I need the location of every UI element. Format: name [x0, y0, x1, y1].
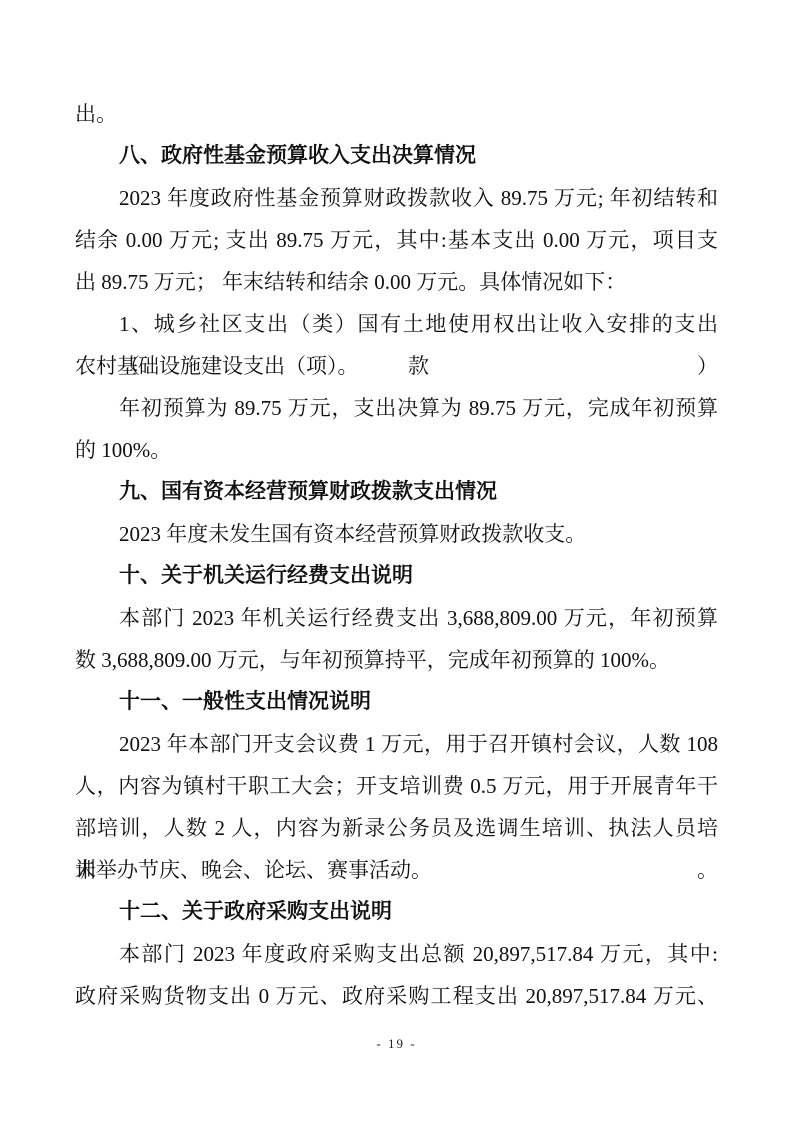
body-line: 2023 年度未发生国有资本经营预算财政拨款收支。 [75, 513, 718, 555]
body-line: 出 89.75 万元； 年末结转和结余 0.00 万元。具体情况如下： [75, 261, 718, 303]
section-heading-8: 八、政府性基金预算收入支出决算情况 [75, 135, 718, 177]
body-line: 2023 年本部门开支会议费 1 万元，用于召开镇村会议，人数 108 [75, 723, 718, 765]
body-line: 本部门 2023 年度政府采购支出总额 20,897,517.84 万元，其中: [75, 933, 718, 975]
body-line: 政府采购货物支出 0 万元、政府采购工程支出 20,897,517.84 万元、 [75, 975, 718, 1017]
paragraph-continuation-line: 出。 [75, 93, 718, 135]
body-line: 的 100%。 [75, 429, 718, 471]
body-line: 2023 年度政府性基金预算财政拨款收入 89.75 万元; 年初结转和 [75, 177, 718, 219]
body-line: 人，内容为镇村干职工大会；开支培训费 0.5 万元，用于开展青年干 [75, 765, 718, 807]
body-line: 本部门 2023 年机关运行经费支出 3,688,809.00 万元，年初预算 [75, 597, 718, 639]
section-heading-12: 十二、关于政府采购支出说明 [75, 891, 718, 933]
body-line: 结余 0.00 万元; 支出 89.75 万元，其中:基本支出 0.00 万元，… [75, 219, 718, 261]
body-line: 年初预算为 89.75 万元，支出决算为 89.75 万元，完成年初预算 [75, 387, 718, 429]
page-number: - 19 - [0, 1034, 793, 1054]
section-heading-11: 十一、一般性支出情况说明 [75, 681, 718, 723]
document-body: 出。 八、政府性基金预算收入支出决算情况 2023 年度政府性基金预算财政拨款收… [75, 93, 718, 1017]
body-line: 1、城乡社区支出（类）国有土地使用权出让收入安排的支出（款） [75, 303, 718, 345]
body-line: 部培训，人数 2 人，内容为新录公务员及选调生培训、执法人员培训。 [75, 807, 718, 849]
section-heading-10: 十、关于机关运行经费支出说明 [75, 555, 718, 597]
document-page: 出。 八、政府性基金预算收入支出决算情况 2023 年度政府性基金预算财政拨款收… [0, 0, 793, 1122]
section-heading-9: 九、国有资本经营预算财政拨款支出情况 [75, 471, 718, 513]
body-line: 数 3,688,809.00 万元，与年初预算持平，完成年初预算的 100%。 [75, 639, 718, 681]
